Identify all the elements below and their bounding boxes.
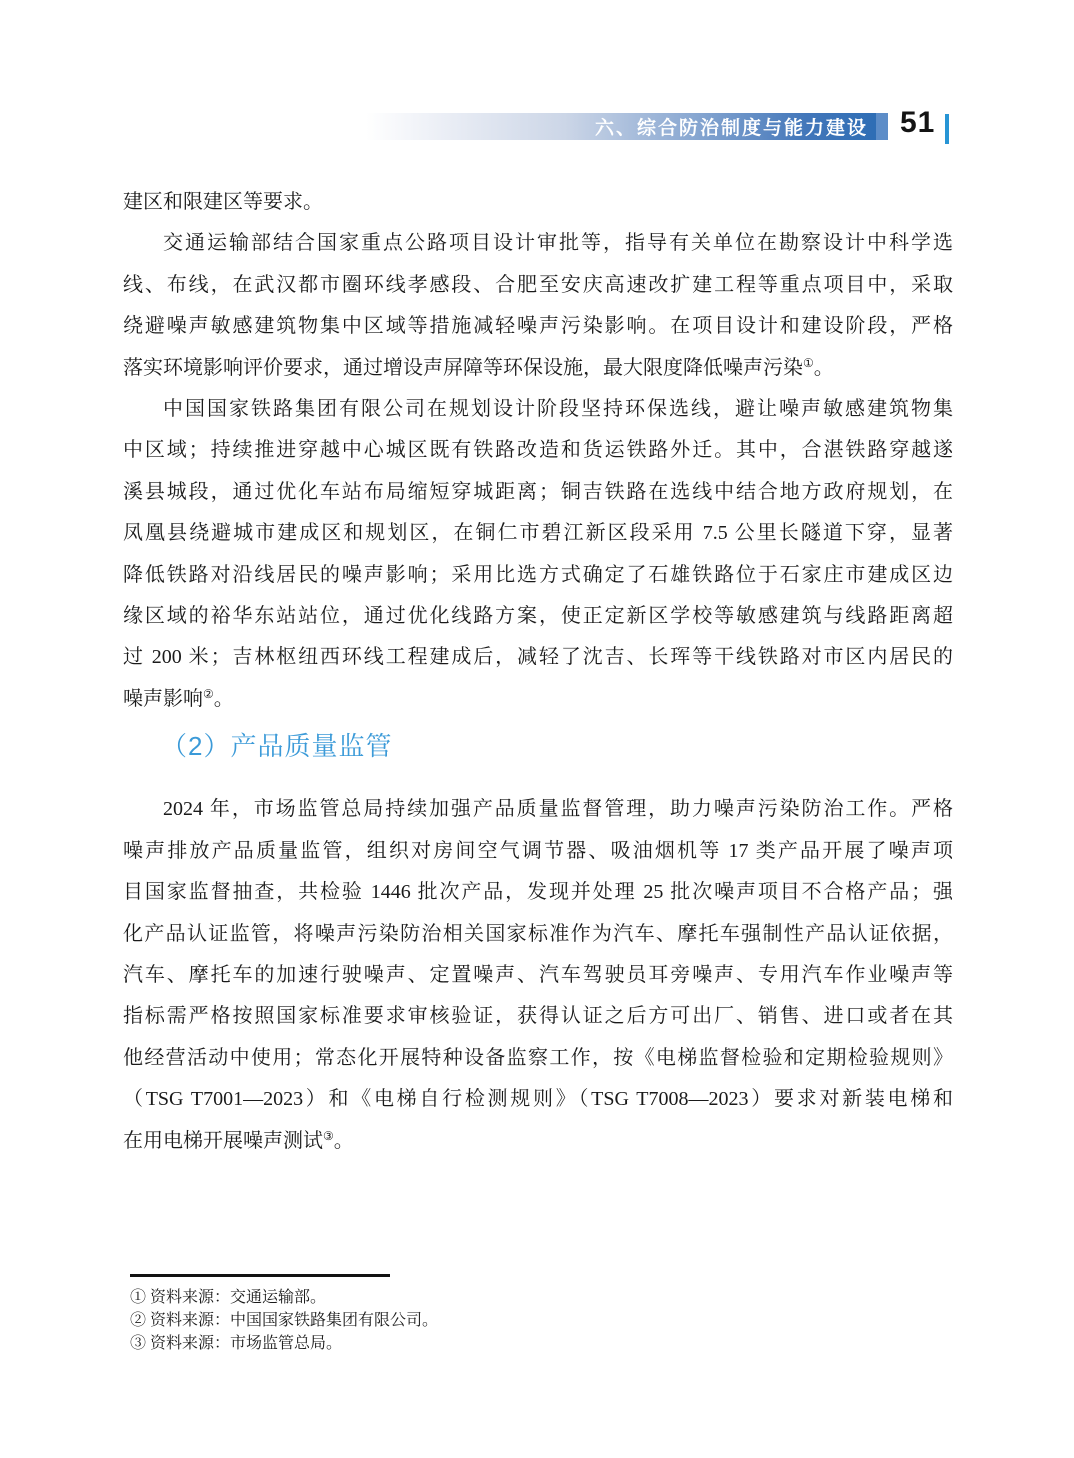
document-page: 六、综合防治制度与能力建设 51 建区和限建区等要求。 交通运输部结合国家重点公…	[0, 0, 1074, 1458]
text-line: 2024 年，市场监管总局持续加强产品质量监督管理，助力噪声污染防治工作。严格	[123, 789, 953, 830]
text-line: 中国国家铁路集团有限公司在规划设计阶段坚持环保选线，避让噪声敏感建筑物集	[123, 389, 953, 430]
text-line: 溪县城段，通过优化车站布局缩短穿城距离；铜吉铁路在选线中结合地方政府规划，在	[123, 472, 953, 513]
page-number-divider-bar	[945, 114, 949, 144]
text-line: 化产品认证监管，将噪声污染防治相关国家标准作为汽车、摩托车强制性产品认证依据，	[123, 914, 953, 955]
text-line: 线、布线，在武汉都市圈环线孝感段、合肥至安庆高速改扩建工程等重点项目中，采取	[123, 265, 953, 306]
paragraph-continuation: 建区和限建区等要求。	[123, 182, 953, 223]
text-line: 他经营活动中使用；常态化开展特种设备监察工作，按《电梯监督检验和定期检验规则》	[123, 1038, 953, 1079]
footnotes: ① 资料来源：交通运输部。 ② 资料来源：中国国家铁路集团有限公司。 ③ 资料来…	[130, 1274, 960, 1355]
footnote-item: ② 资料来源：中国国家铁路集团有限公司。	[130, 1309, 960, 1332]
section-title: 六、综合防治制度与能力建设	[595, 113, 868, 140]
text-line: 凤凰县绕避城市建成区和规划区，在铜仁市碧江新区段采用 7.5 公里长隧道下穿，显…	[123, 513, 953, 554]
text-line: 汽车、摩托车的加速行驶噪声、定置噪声、汽车驾驶员耳旁噪声、专用汽车作业噪声等	[123, 955, 953, 996]
section-header-bar: 六、综合防治制度与能力建设	[366, 113, 888, 140]
text-line: 目国家监督抽查，共检验 1446 批次产品，发现并处理 25 批次噪声项目不合格…	[123, 872, 953, 913]
text-line: 中区域；持续推进穿越中心城区既有铁路改造和货运铁路外迁。其中，合湛铁路穿越遂	[123, 430, 953, 471]
text-line: 交通运输部结合国家重点公路项目设计审批等，指导有关单位在勘察设计中科学选	[123, 223, 953, 264]
page-number: 51	[900, 106, 935, 140]
text-line: 建区和限建区等要求。	[123, 182, 953, 223]
text-line: 在用电梯开展噪声测试③。	[123, 1121, 953, 1162]
text-line: （TSG T7001—2023）和《电梯自行检测规则》（TSG T7008—20…	[123, 1079, 953, 1120]
text-line: 噪声排放产品质量监管，组织对房间空气调节器、吸油烟机等 17 类产品开展了噪声项	[123, 831, 953, 872]
text-line: 降低铁路对沿线居民的噪声影响；采用比选方式确定了石雄铁路位于石家庄市建成区边	[123, 555, 953, 596]
text-line: 落实环境影响评价要求，通过增设声屏障等环保设施，最大限度降低噪声污染①。	[123, 348, 953, 389]
footnote-item: ① 资料来源：交通运输部。	[130, 1286, 960, 1309]
paragraph-china-railway: 中国国家铁路集团有限公司在规划设计阶段坚持环保选线，避让噪声敏感建筑物集 中区域…	[123, 389, 953, 720]
text-line: 绕避噪声敏感建筑物集中区域等措施减轻噪声污染影响。在项目设计和建设阶段，严格	[123, 306, 953, 347]
paragraph-market-regulation: 2024 年，市场监管总局持续加强产品质量监督管理，助力噪声污染防治工作。严格 …	[123, 789, 953, 1162]
subsection-heading: （2）产品质量监管	[123, 726, 953, 766]
text-line: 指标需严格按照国家标准要求审核验证，获得认证之后方可出厂、销售、进口或者在其	[123, 996, 953, 1037]
text-line: 噪声影响②。	[123, 679, 953, 720]
footnote-item: ③ 资料来源：市场监管总局。	[130, 1332, 960, 1355]
footnote-divider	[130, 1274, 390, 1277]
text-line: 过 200 米；吉林枢纽西环线工程建成后，减轻了沈吉、长珲等干线铁路对市区内居民…	[123, 637, 953, 678]
header-bar-end-cap	[876, 113, 888, 140]
text-line: 缘区域的裕华东站站位，通过优化线路方案，使正定新区学校等敏感建筑与线路距离超	[123, 596, 953, 637]
paragraph-transport-ministry: 交通运输部结合国家重点公路项目设计审批等，指导有关单位在勘察设计中科学选 线、布…	[123, 223, 953, 389]
body-text: 建区和限建区等要求。 交通运输部结合国家重点公路项目设计审批等，指导有关单位在勘…	[123, 182, 953, 1162]
